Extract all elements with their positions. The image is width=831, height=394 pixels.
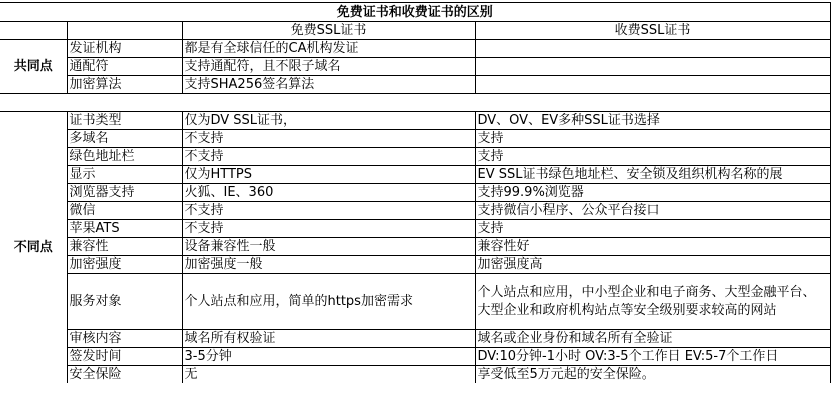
header-cell-paid[interactable]: 收费SSL证书 — [475, 22, 830, 40]
cell-item[interactable]: 显示 — [67, 166, 182, 184]
cell-free[interactable]: 加密强度一般 — [182, 256, 475, 274]
cell-item[interactable]: 兼容性 — [67, 238, 182, 256]
cell-free[interactable]: 仅为DV SSL证书， — [182, 112, 475, 130]
cell-free[interactable]: 个人站点和应用，简单的https加密需求 — [182, 274, 475, 330]
table-row: 签发时间 3-5分钟 DV:10分钟-1小时 OV:3-5个工作日 EV:5-7… — [0, 348, 830, 366]
cell-item[interactable]: 加密算法 — [67, 76, 182, 94]
table-title[interactable]: 免费证书和收费证书的区别 — [0, 3, 830, 22]
cell-item[interactable]: 苹果ATS — [67, 220, 182, 238]
cell-paid[interactable]: 支持99.9%浏览器 — [475, 184, 830, 202]
cell-item[interactable]: 加密强度 — [67, 256, 182, 274]
group-label-different[interactable]: 不同点 — [0, 112, 67, 384]
table-row: 浏览器支持 火狐、IE、360 支持99.9%浏览器 — [0, 184, 830, 202]
cell-item[interactable]: 安全保险 — [67, 366, 182, 384]
table-row: 苹果ATS 不支持 支持 — [0, 220, 830, 238]
cell-paid[interactable]: DV:10分钟-1小时 OV:3-5个工作日 EV:5-7个工作日 — [475, 348, 830, 366]
ssl-comparison-table: 免费证书和收费证书的区别 免费SSL证书 收费SSL证书 共同点 发证机构 都是… — [0, 2, 831, 383]
cell-item[interactable]: 服务对象 — [67, 274, 182, 330]
table-row: 多域名 不支持 支持 — [0, 130, 830, 148]
table-row: 显示 仅为HTTPS EV SSL证书绿色地址栏、安全锁及组织机构名称的展 — [0, 166, 830, 184]
table-row: 加密强度 加密强度一般 加密强度高 — [0, 256, 830, 274]
cell-item[interactable]: 发证机构 — [67, 40, 182, 58]
cell-item[interactable]: 证书类型 — [67, 112, 182, 130]
cell-item[interactable]: 绿色地址栏 — [67, 148, 182, 166]
cell-paid[interactable]: 个人站点和应用，中小型企业和电子商务、大型金融平台、大型企业和政府机构站点等安全… — [475, 274, 830, 330]
spacer-cell[interactable] — [0, 94, 830, 112]
cell-paid[interactable]: 支持微信小程序、公众平台接口 — [475, 202, 830, 220]
cell-paid[interactable]: 支持 — [475, 148, 830, 166]
header-cell-blank[interactable] — [0, 22, 67, 40]
table-row: 兼容性 设备兼容性一般 兼容性好 — [0, 238, 830, 256]
cell-paid[interactable]: 支持 — [475, 130, 830, 148]
table-row: 不同点 证书类型 仅为DV SSL证书， DV、OV、EV多种SSL证书选择 — [0, 112, 830, 130]
cell-item[interactable]: 浏览器支持 — [67, 184, 182, 202]
spacer-row — [0, 94, 830, 112]
group-label-common[interactable]: 共同点 — [0, 40, 67, 94]
cell-paid[interactable]: 域名或企业身份和域名所有全验证 — [475, 330, 830, 348]
header-cell-free[interactable]: 免费SSL证书 — [182, 22, 475, 40]
cell-free[interactable]: 都是有全球信任的CA机构发证 — [182, 40, 475, 58]
table-row: 加密算法 支持SHA256签名算法 — [0, 76, 830, 94]
cell-item[interactable]: 多域名 — [67, 130, 182, 148]
table-row: 服务对象 个人站点和应用，简单的https加密需求 个人站点和应用，中小型企业和… — [0, 274, 830, 330]
cell-item[interactable]: 通配符 — [67, 58, 182, 76]
table-row: 通配符 支持通配符，且不限子域名 — [0, 58, 830, 76]
cell-free[interactable]: 不支持 — [182, 130, 475, 148]
cell-paid[interactable]: 支持 — [475, 220, 830, 238]
cell-paid[interactable] — [475, 40, 830, 58]
cell-free[interactable]: 支持通配符，且不限子域名 — [182, 58, 475, 76]
cell-item[interactable]: 审核内容 — [67, 330, 182, 348]
cell-paid[interactable]: 加密强度高 — [475, 256, 830, 274]
cell-paid[interactable] — [475, 58, 830, 76]
header-cell-item[interactable] — [67, 22, 182, 40]
cell-free[interactable]: 火狐、IE、360 — [182, 184, 475, 202]
comparison-sheet: 免费证书和收费证书的区别 免费SSL证书 收费SSL证书 共同点 发证机构 都是… — [0, 2, 830, 383]
table-row: 微信 不支持 支持微信小程序、公众平台接口 — [0, 202, 830, 220]
table-row: 安全保险 无 享受低至5万元起的安全保险。 — [0, 366, 830, 384]
cell-free[interactable]: 不支持 — [182, 220, 475, 238]
cell-free[interactable]: 无 — [182, 366, 475, 384]
cell-paid[interactable]: 享受低至5万元起的安全保险。 — [475, 366, 830, 384]
cell-item[interactable]: 微信 — [67, 202, 182, 220]
table-row: 审核内容 域名所有权验证 域名或企业身份和域名所有全验证 — [0, 330, 830, 348]
title-row: 免费证书和收费证书的区别 — [0, 3, 830, 22]
cell-free[interactable]: 仅为HTTPS — [182, 166, 475, 184]
cell-paid[interactable]: 兼容性好 — [475, 238, 830, 256]
cell-free[interactable]: 3-5分钟 — [182, 348, 475, 366]
cell-paid[interactable]: DV、OV、EV多种SSL证书选择 — [475, 112, 830, 130]
cell-free[interactable]: 支持SHA256签名算法 — [182, 76, 475, 94]
cell-item[interactable]: 签发时间 — [67, 348, 182, 366]
cell-paid[interactable]: EV SSL证书绿色地址栏、安全锁及组织机构名称的展 — [475, 166, 830, 184]
cell-free[interactable]: 不支持 — [182, 202, 475, 220]
cell-free[interactable]: 不支持 — [182, 148, 475, 166]
table-row: 共同点 发证机构 都是有全球信任的CA机构发证 — [0, 40, 830, 58]
cell-free[interactable]: 域名所有权验证 — [182, 330, 475, 348]
header-row: 免费SSL证书 收费SSL证书 — [0, 22, 830, 40]
cell-free[interactable]: 设备兼容性一般 — [182, 238, 475, 256]
cell-paid[interactable] — [475, 76, 830, 94]
table-row: 绿色地址栏 不支持 支持 — [0, 148, 830, 166]
